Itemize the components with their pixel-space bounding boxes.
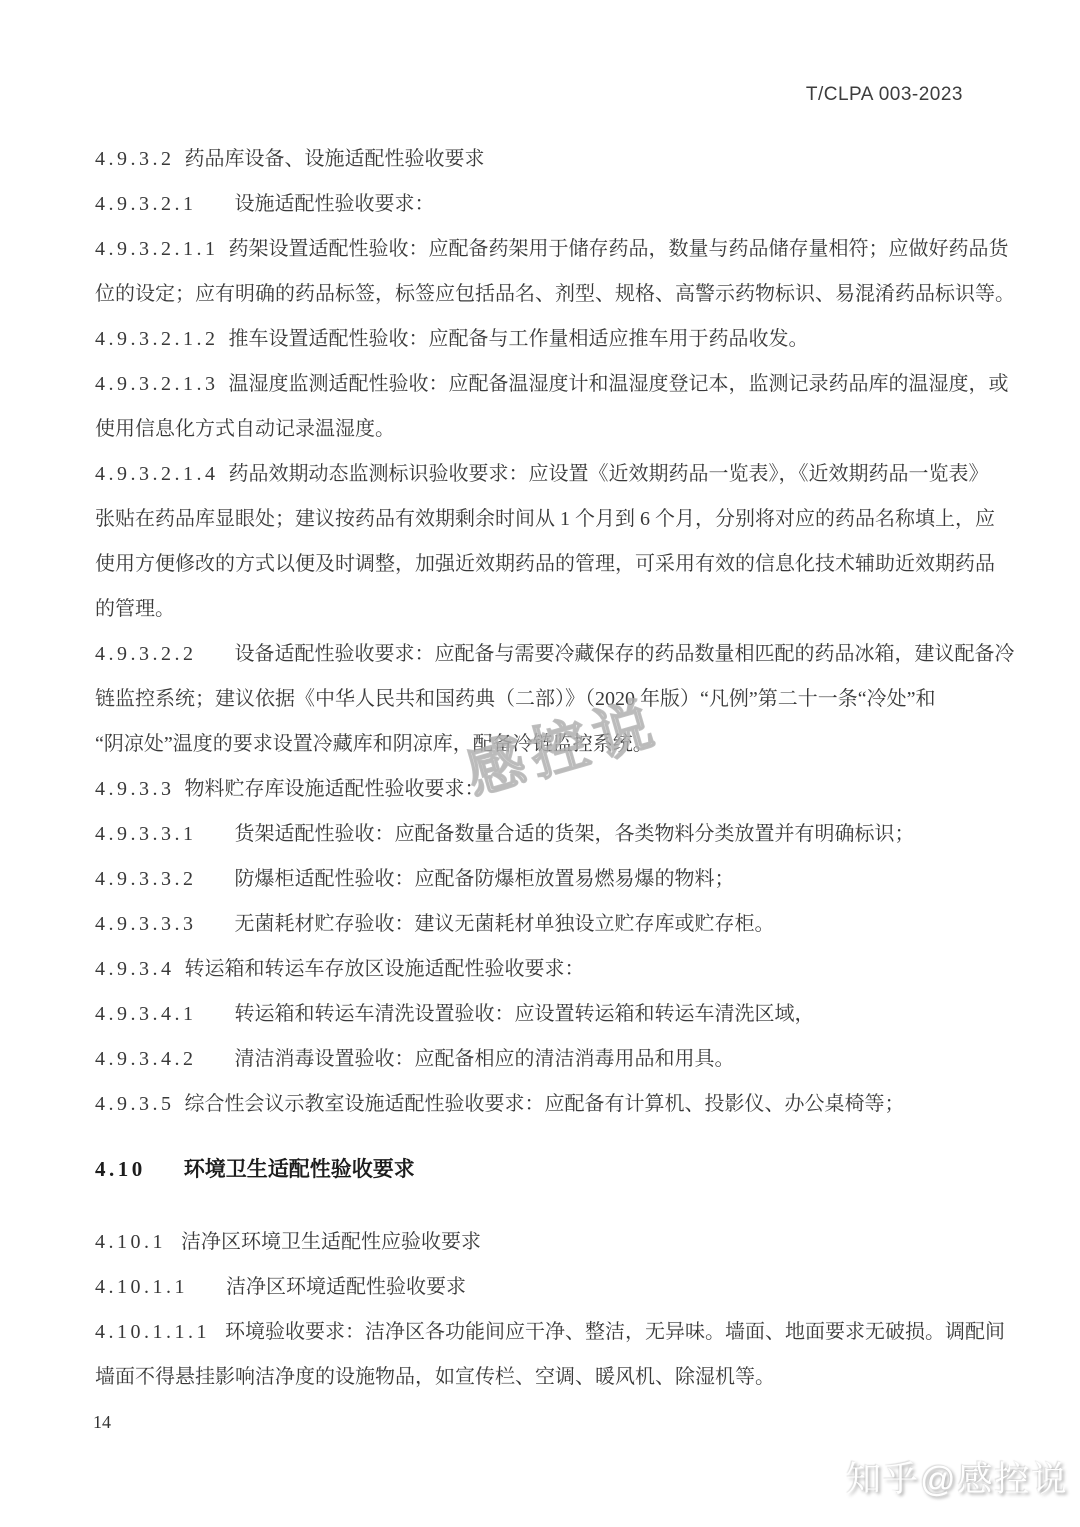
document-body: 4.9.3.2药品库设备、设施适配性验收要求4.9.3.2.1设施适配性验收要求… [95, 137, 985, 1400]
line-text: 设备适配性验收要求：应配备与需要冷藏保存的药品数量相匹配的药品冰箱，建议配备冷 [235, 643, 1015, 665]
document-line: 4.9.3.3.1货架适配性验收：应配备数量合适的货架，各类物料分类放置并有明确… [95, 812, 985, 857]
line-text: 墙面不得悬挂影响洁净度的设施物品，如宣传栏、空调、暖风机、除湿机等。 [95, 1366, 775, 1388]
document-line: 4.9.3.4.2清洁消毒设置验收：应配备相应的清洁消毒用品和用具。 [95, 1037, 985, 1082]
section-number: 4.9.3.5 [95, 1093, 175, 1115]
standard-number-header: T/CLPA 003-2023 [806, 84, 963, 106]
section-number: 4.9.3.2 [95, 148, 175, 170]
section-number: 4.9.3.2.2 [95, 643, 197, 665]
section-number: 4.9.3.2.1.4 [95, 463, 219, 485]
line-text: 温湿度监测适配性验收：应配备温湿度计和温湿度登记本，监测记录药品库的温湿度，或 [229, 373, 1009, 395]
section-number: 4.10.1 [95, 1231, 166, 1253]
section-number: 4.9.3.4.1 [95, 1003, 197, 1025]
line-text: 环境验收要求：洁净区各功能间应干净、整洁，无异味。墙面、地面要求无破损。调配间 [225, 1321, 1005, 1343]
line-text: 药品库设备、设施适配性验收要求 [185, 148, 485, 170]
document-line: 4.9.3.3.2防爆柜适配性验收：应配备防爆柜放置易燃易爆的物料； [95, 857, 985, 902]
section-number: 4.10.1.1 [95, 1276, 188, 1298]
line-text: 张贴在药品库显眼处；建议按药品有效期剩余时间从 1 个月到 6 个月，分别将对应… [95, 508, 995, 530]
section-number: 4.9.3.3 [95, 778, 175, 800]
line-text: 洁净区环境适配性验收要求 [226, 1276, 466, 1298]
line-text: 无菌耗材贮存验收：建议无菌耗材单独设立贮存库或贮存柜。 [235, 913, 775, 935]
line-text: 清洁消毒设置验收：应配备相应的清洁消毒用品和用具。 [235, 1048, 735, 1070]
document-line: 4.9.3.5综合性会议示教室设施适配性验收要求：应配备有计算机、投影仪、办公桌… [95, 1082, 985, 1127]
line-text: 使用方便修改的方式以便及时调整，加强近效期药品的管理，可采用有效的信息化技术辅助… [95, 553, 995, 575]
line-text: “阴凉处”温度的要求设置冷藏库和阴凉库，配备冷链监控系统。 [95, 733, 653, 755]
section-number: 4.9.3.4.2 [95, 1048, 197, 1070]
document-line: 4.9.3.2药品库设备、设施适配性验收要求 [95, 137, 985, 182]
line-text: 的管理。 [95, 598, 175, 620]
section-number: 4.9.3.2.1.2 [95, 328, 219, 350]
section-heading: 4.10环境卫生适配性验收要求 [95, 1147, 985, 1192]
document-line: 链监控系统；建议依据《中华人民共和国药典（二部）》（2020 年版）“凡例”第二… [95, 677, 985, 722]
line-text: 链监控系统；建议依据《中华人民共和国药典（二部）》（2020 年版）“凡例”第二… [95, 688, 936, 710]
section-number: 4.9.3.4 [95, 958, 175, 980]
page-number: 14 [93, 1408, 111, 1436]
section-number: 4.9.3.3.1 [95, 823, 197, 845]
document-line: 墙面不得悬挂影响洁净度的设施物品，如宣传栏、空调、暖风机、除湿机等。 [95, 1355, 985, 1400]
document-line: 4.9.3.4转运箱和转运车存放区设施适配性验收要求： [95, 947, 985, 992]
section-number: 4.9.3.2.1.3 [95, 373, 219, 395]
document-line: 4.9.3.2.1设施适配性验收要求： [95, 182, 985, 227]
document-line: 使用信息化方式自动记录温湿度。 [95, 407, 985, 452]
document-line: 的管理。 [95, 587, 985, 632]
section-number: 4.9.3.2.1 [95, 193, 197, 215]
document-line: “阴凉处”温度的要求设置冷藏库和阴凉库，配备冷链监控系统。 [95, 722, 985, 767]
document-line: 4.9.3.2.1.4药品效期动态监测标识验收要求：应设置《近效期药品一览表》，… [95, 452, 985, 497]
document-line: 4.9.3.3物料贮存库设施适配性验收要求： [95, 767, 985, 812]
line-text: 位的设定；应有明确的药品标签，标签应包括品名、剂型、规格、高警示药物标识、易混淆… [95, 283, 1015, 305]
document-line: 4.9.3.2.1.1药架设置适配性验收：应配备药架用于储存药品，数量与药品储存… [95, 227, 985, 272]
section-number: 4.9.3.2.1.1 [95, 238, 219, 260]
line-text: 药品效期动态监测标识验收要求：应设置《近效期药品一览表》，《近效期药品一览表》 [229, 463, 989, 485]
document-line: 张贴在药品库显眼处；建议按药品有效期剩余时间从 1 个月到 6 个月，分别将对应… [95, 497, 985, 542]
document-line: 4.9.3.2.1.3温湿度监测适配性验收：应配备温湿度计和温湿度登记本，监测记… [95, 362, 985, 407]
document-line: 4.9.3.4.1转运箱和转运车清洗设置验收：应设置转运箱和转运车清洗区域， [95, 992, 985, 1037]
section-number: 4.9.3.3.3 [95, 913, 197, 935]
line-text: 推车设置适配性验收：应配备与工作量相适应推车用于药品收发。 [229, 328, 809, 350]
document-line: 4.10.1.1洁净区环境适配性验收要求 [95, 1265, 985, 1310]
document-line: 4.9.3.2.2设备适配性验收要求：应配备与需要冷藏保存的药品数量相匹配的药品… [95, 632, 985, 677]
document-line: 4.10.1.1.1环境验收要求：洁净区各功能间应干净、整洁，无异味。墙面、地面… [95, 1310, 985, 1355]
document-line: 4.9.3.3.3无菌耗材贮存验收：建议无菌耗材单独设立贮存库或贮存柜。 [95, 902, 985, 947]
section-number: 4.9.3.3.2 [95, 868, 197, 890]
section-number: 4.10.1.1.1 [95, 1321, 210, 1343]
line-text: 综合性会议示教室设施适配性验收要求：应配备有计算机、投影仪、办公桌椅等； [185, 1093, 905, 1115]
line-text: 转运箱和转运车清洗设置验收：应设置转运箱和转运车清洗区域， [235, 1003, 815, 1025]
line-text: 药架设置适配性验收：应配备药架用于储存药品，数量与药品储存量相符；应做好药品货 [229, 238, 1009, 260]
line-text: 洁净区环境卫生适配性应验收要求 [181, 1231, 481, 1253]
document-line: 4.10.1洁净区环境卫生适配性应验收要求 [95, 1220, 985, 1265]
document-line: 使用方便修改的方式以便及时调整，加强近效期药品的管理，可采用有效的信息化技术辅助… [95, 542, 985, 587]
document-line: 位的设定；应有明确的药品标签，标签应包括品名、剂型、规格、高警示药物标识、易混淆… [95, 272, 985, 317]
line-text: 设施适配性验收要求： [235, 193, 435, 215]
document-line: 4.9.3.2.1.2推车设置适配性验收：应配备与工作量相适应推车用于药品收发。 [95, 317, 985, 362]
zhihu-watermark: 知乎@感控说 [846, 1452, 1069, 1502]
line-text: 防爆柜适配性验收：应配备防爆柜放置易燃易爆的物料； [235, 868, 735, 890]
line-text: 环境卫生适配性验收要求 [184, 1157, 415, 1181]
line-text: 货架适配性验收：应配备数量合适的货架，各类物料分类放置并有明确标识； [235, 823, 915, 845]
line-text: 使用信息化方式自动记录温湿度。 [95, 418, 395, 440]
section-number: 4.10 [95, 1157, 146, 1181]
document-page: T/CLPA 003-2023 4.9.3.2药品库设备、设施适配性验收要求4.… [0, 0, 1080, 1527]
line-text: 物料贮存库设施适配性验收要求： [185, 778, 485, 800]
line-text: 转运箱和转运车存放区设施适配性验收要求： [185, 958, 585, 980]
